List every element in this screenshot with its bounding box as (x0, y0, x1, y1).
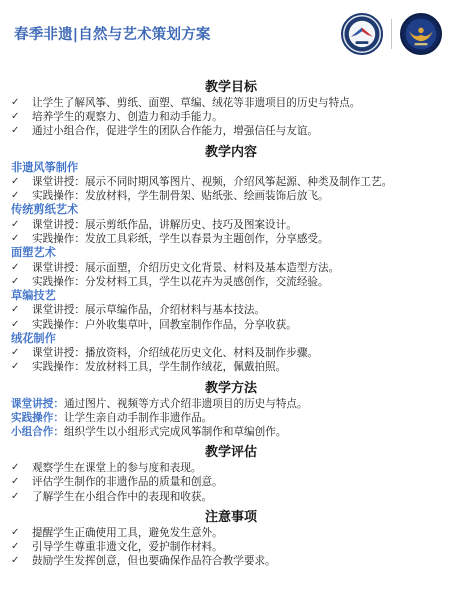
section-title-notes: 注意事项 (0, 510, 452, 526)
section-title-content: 教学内容 (0, 145, 452, 161)
check-icon: ✓ (11, 346, 32, 360)
list-item: ✓培养学生的观察力、创造力和动手能力。 (0, 110, 452, 124)
list-item: ✓实践操作：发放材料，学生制骨架、贴纸张、绘画装饰后放飞。 (0, 189, 452, 203)
list-item: ✓实践操作：户外收集草叶，回教室制作作品，分享收获。 (0, 318, 452, 332)
check-icon: ✓ (11, 461, 32, 475)
list-item: ✓实践操作：发放材料工具，学生制作绒花，佩戴拍照。 (0, 360, 452, 374)
section-title-methods: 教学方法 (0, 381, 452, 397)
list-item: ✓了解学生在小组合作中的表现和收获。 (0, 490, 452, 504)
list-item: ✓提醒学生正确使用工具，避免发生意外。 (0, 526, 452, 540)
check-icon: ✓ (11, 189, 32, 203)
logo-group (341, 10, 442, 58)
check-icon: ✓ (11, 490, 32, 504)
check-icon: ✓ (11, 360, 32, 374)
method-row: 实践操作：让学生亲自动手制作非遗作品。 (0, 411, 452, 425)
subheading-dough-figure: 面塑艺术 (0, 246, 452, 260)
school-emblem-right-icon (400, 13, 442, 55)
check-icon: ✓ (11, 275, 32, 289)
list-item: ✓课堂讲授：展示剪纸作品，讲解历史、技巧及图案设计。 (0, 218, 452, 232)
section-title-evaluation: 教学评估 (0, 445, 452, 461)
list-item: ✓课堂讲授：展示不同时期风筝图片、视频，介绍风筝起源、种类及制作工艺。 (0, 175, 452, 189)
check-icon: ✓ (11, 218, 32, 232)
subheading-straw-weaving: 草编技艺 (0, 289, 452, 303)
list-item: ✓观察学生在课堂上的参与度和表现。 (0, 461, 452, 475)
check-icon: ✓ (11, 110, 32, 124)
check-icon: ✓ (11, 124, 32, 138)
check-icon: ✓ (11, 303, 32, 317)
objectives-list: ✓让学生了解风筝、剪纸、面塑、草编、绒花等非遗项目的历史与特点。 ✓培养学生的观… (0, 96, 452, 139)
logo-divider (391, 19, 392, 49)
page-title: 春季非遗|自然与艺术策划方案 (14, 23, 211, 44)
check-icon: ✓ (11, 526, 32, 540)
header: 春季非遗|自然与艺术策划方案 (0, 0, 452, 70)
check-icon: ✓ (11, 175, 32, 189)
list-item: ✓鼓励学生发挥创意，但也要确保作品符合教学要求。 (0, 554, 452, 568)
check-icon: ✓ (11, 318, 32, 332)
list-item: ✓实践操作：发放工具彩纸，学生以春景为主题创作，分享感受。 (0, 232, 452, 246)
document-body: 教学目标 ✓让学生了解风筝、剪纸、面塑、草编、绒花等非遗项目的历史与特点。 ✓培… (0, 72, 452, 569)
section-title-objectives: 教学目标 (0, 80, 452, 96)
subheading-velvet-flower: 绒花制作 (0, 332, 452, 346)
list-item: ✓课堂讲授：展示草编作品，介绍材料与基本技法。 (0, 303, 452, 317)
list-item: ✓引导学生尊重非遗文化，爱护制作材料。 (0, 540, 452, 554)
method-row: 小组合作：组织学生以小组形式完成风筝制作和草编创作。 (0, 425, 452, 439)
subheading-papercut: 传统剪纸艺术 (0, 203, 452, 217)
school-emblem-left-icon (341, 13, 383, 55)
subheading-kite: 非遗风筝制作 (0, 161, 452, 175)
list-item: ✓实践操作：分发材料工具，学生以花卉为灵感创作，交流经验。 (0, 275, 452, 289)
check-icon: ✓ (11, 232, 32, 246)
list-item: ✓课堂讲授：播放资料，介绍绒花历史文化、材料及制作步骤。 (0, 346, 452, 360)
list-item: ✓评估学生制作的非遗作品的质量和创意。 (0, 475, 452, 489)
check-icon: ✓ (11, 554, 32, 568)
method-row: 课堂讲授：通过图片、视频等方式介绍非遗项目的历史与特点。 (0, 397, 452, 411)
check-icon: ✓ (11, 540, 32, 554)
check-icon: ✓ (11, 96, 32, 110)
list-item: ✓通过小组合作，促进学生的团队合作能力，增强信任与友谊。 (0, 124, 452, 138)
check-icon: ✓ (11, 475, 32, 489)
list-item: ✓课堂讲授：展示面塑，介绍历史文化背景、材料及基本造型方法。 (0, 261, 452, 275)
list-item: ✓让学生了解风筝、剪纸、面塑、草编、绒花等非遗项目的历史与特点。 (0, 96, 452, 110)
check-icon: ✓ (11, 261, 32, 275)
